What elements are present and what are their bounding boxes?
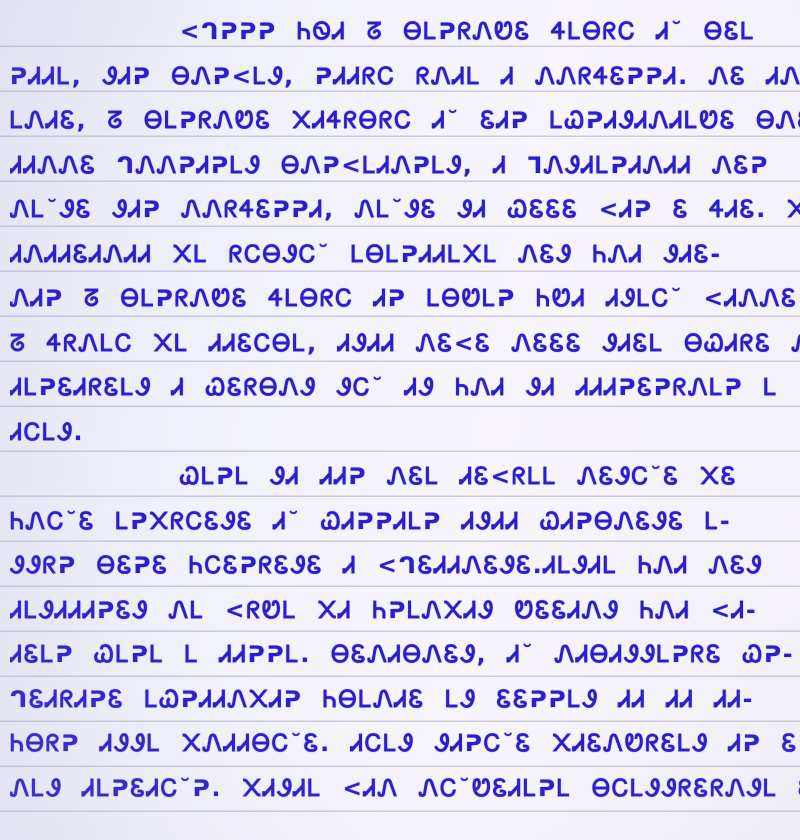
text-line: ᕈᏗᏗᏞ, ᏭᏗᕈ ᎾᏁᕈ<ᏞᏭ, ᕈᏗᏗᖇᏟ ᖇᏁᏗᏞ Ꮧ ᏁᏁᖇᏎᏋᕈᕈᏗ.…: [10, 55, 800, 100]
text-line: ᏞᏁᏗᏋ, ᘔ ᎾᏞᕈᖇᏁᏬᏋ ᙭ᏗᏎᖇᎾᖇᏟ Ꮧ˘ ᏋᏗᕈ ᏞᏇᕈᏗᏭᏗᏁᏗᏞ…: [10, 99, 800, 144]
text-line: ᒉᏋᏗᖇᏗᕈᏋ ᏞᏇᕈᏗᏗᏁ᙭Ꮧᕈ ᏂᎾᏞᏁᏗᏋ ᏞᏭ ᏋᏋᕈᕈᏞᏭ ᏗᏗ ᏗᏗ…: [10, 678, 800, 723]
handwritten-text: <ᒉᕈᕈᕈ ᏂᏫᏗ ᘔ ᎾᏞᕈᖇᏁᏬᏋ ᏎᏞᎾᖇᏟ Ꮧ˘ ᎾᏋᏞ ᕈᏗᏗᏞ, Ꮽ…: [10, 10, 800, 811]
text-line: ᏂᏁᏟ˘Ꮛ Ꮮᕈ᙭ᖇᏟᏋᏭᏋ Ꮧ˘ ᏇᏗᕈᕈᏗᏞᕈ ᏗᏭᏗᏗ ᏇᏗᕈᎾᏁᏋᏭᏋ …: [10, 500, 800, 545]
text-line: <ᒉᕈᕈᕈ ᏂᏫᏗ ᘔ ᎾᏞᕈᖇᏁᏬᏋ ᏎᏞᎾᖇᏟ Ꮧ˘ ᎾᏋᏞ: [10, 10, 800, 55]
text-line: ᏁᏞ˘ᏭᏋ ᏭᏗᕈ ᏁᏁᖇᏎᏋᕈᕈᏗ, ᏁᏞ˘ᏭᏋ ᏭᏗ ᏇᏋᏋᏋ <Ꮧᕈ Ꮛ …: [10, 188, 800, 233]
text-line: ᏂᎾᖇᕈ ᏗᏭᏭᏞ ᙭ᏁᏗᏗᎾᏟ˘Ꮛ. ᏗᏟᏞᏭ ᏭᏗᕈᏟ˘Ꮛ ᙭ᏗᏋᏁᏬᖇᏋᏞ…: [10, 722, 800, 767]
text-line: ᏗᏗᏁᏁᏋ ᒉᏁᏁᕈᏗᕈᏞᏭ ᎾᏁᕈ<ᏞᏗᏁᕈᏞᏭ, Ꮧ ᒣᏁᏭᏗᏞᕈᏗᏁᏗᏗ …: [10, 144, 800, 189]
text-line: ᏭᏭᖇᕈ ᎾᏋᕈᏋ ᏂᏟᏋᕈᖇᏋᏭᏋ Ꮧ <ᒉᏋᏗᏗᏁᏋᏭᏋ.ᏗᏞᏭᏗᏞ ᏂᏁᏗ…: [10, 544, 800, 589]
text-line: ᘔ ᏎᖇᏁᏞᏟ ᙭Ꮮ ᏗᏗᏋᏟᎾᏞ, ᏗᏭᏗᏗ ᏁᏋ<Ꮛ ᏁᏋᏋᏋ ᏭᏗᏋᏞ Ꮎ…: [10, 322, 800, 367]
text-line: ᏗᏋᏞᕈ ᏇᏞᕈᏞ Ꮮ ᏗᏗᕈᕈᏞ. ᎾᏋᏁᏗᎾᏁᏋᏭ, Ꮧ˘ ᏁᏗᎾᏗᏭᏭᏞᕈ…: [10, 633, 800, 678]
text-line: ᏗᏁᏗᏗᏋᏗᏁᏗᏗ ᙭Ꮮ ᖇᏟᎾᏭᏟ˘ ᏞᎾᏞᕈᏗᏗᏞ᙭Ꮮ ᏁᏋᏭ ᏂᏁᏗ ᏭᏗ…: [10, 233, 800, 278]
text-line: ᏗᏞᏭᏗᏗᏗᕈᏋᏭ ᏁᏞ <ᖇᏬᏞ ᙭Ꮧ ᏂᕈᏞᏁ᙭ᏗᏭ ᏬᏋᏋᏗᏁᏭ ᏂᏁᏗ …: [10, 589, 800, 634]
text-line: ᏁᏞᏭ ᏗᏞᕈᏋᏗᏟ˘ᕈ. ᙭ᏗᏭᏗᏞ <ᏗᏁ ᏁᏟ˘ᏬᏋᏗᏞᕈᏞ ᎾᏟᏞᏭᏭᖇ…: [10, 767, 800, 812]
text-line: ᏁᏗᕈ ᘔ ᎾᏞᕈᖇᏁᏬᏋ ᏎᏞᎾᖇᏟ Ꮧᕈ ᏞᎾᏬᏞᕈ ᏂᏬᏗ ᏗᏭᏞᏟ˘ <…: [10, 277, 800, 322]
text-line: ᏗᏞᕈᏋᏗᖇᏋᏞᏭ Ꮧ ᏇᏋᖇᎾᏁᏭ ᏭᏟ˘ ᏗᏭ ᏂᏁᏗ ᏭᏗ ᏗᏗᏗᕈᏋᕈᖇ…: [10, 366, 800, 411]
text-line: ᏇᏞᕈᏞ ᏭᏗ ᏗᏗᕈ ᏁᏋᏞ ᏗᏋ<ᖇᏞᏞ ᏁᏋᏭᏟ˘Ꮛ ᙭Ꮛ: [10, 455, 800, 500]
text-line: ᏗᏟᏞᏭ.: [10, 411, 800, 456]
